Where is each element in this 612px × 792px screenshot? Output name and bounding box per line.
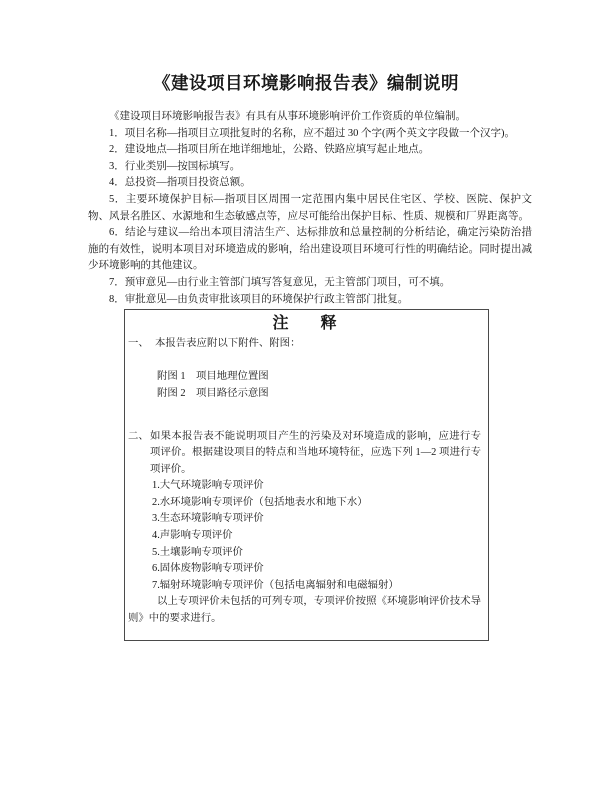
note-section-2: 二、 如果本报告表不能说明项目产生的污染及对环境造成的影响，应进行专项评价。根据… xyxy=(128,429,481,479)
numbered-item-6: 6．结论与建议—给出本项目清洁生产、达标排放和总量控制的分析结论，确定污染防治措… xyxy=(88,225,532,275)
numbered-item-3: 3．行业类别—按国标填写。 xyxy=(88,159,532,176)
section-2-label: 二、 xyxy=(128,429,150,446)
attachment-figure-1: 附图 1 项目地理位置图 xyxy=(157,369,481,386)
numbered-item-5: 5．主要环境保护目标—指项目区周围一定范围内集中居民住宅区、学校、医院、保护文物… xyxy=(88,192,532,225)
section-1-label: 一、 xyxy=(128,336,155,353)
attachment-figure-2: 附图 2 项目路径示意图 xyxy=(157,386,481,403)
numbered-item-4: 4．总投资—指项目投资总额。 xyxy=(88,175,532,192)
section-1-text: 本报告表应附以下附件、附图： xyxy=(155,336,481,353)
note-box: 注 释 一、 本报告表应附以下附件、附图： 附图 1 项目地理位置图 附图 2 … xyxy=(124,309,489,641)
spec-item-5: 5.土壤影响专项评价 xyxy=(152,545,481,562)
closing-paragraph: 以上专项评价未包括的可列专项，专项评价按照《环境影响评价技术导则》中的要求进行。 xyxy=(128,594,481,627)
spec-item-6: 6.固体废物影响专项评价 xyxy=(152,561,481,578)
page-title: 《建设项目环境影响报告表》编制说明 xyxy=(0,0,612,93)
numbered-item-2: 2．建设地点—指项目所在地详细地址，公路、铁路应填写起止地点。 xyxy=(88,142,532,159)
special-evaluation-list: 1.大气环境影响专项评价 2.水环境影响专项评价（包括地表水和地下水） 3.生态… xyxy=(152,478,481,594)
attachment-list: 附图 1 项目地理位置图 附图 2 项目路径示意图 xyxy=(157,369,481,402)
numbered-item-1: 1．项目名称—指项目立项批复时的名称，应不超过 30 个字(两个英文字段做一个汉… xyxy=(88,126,532,143)
numbered-item-8: 8．审批意见—由负责审批该项目的环境保护行政主管部门批复。 xyxy=(88,292,532,309)
body-text: 《建设项目环境影响报告表》有具有从事环境影响评价工作资质的单位编制。 1．项目名… xyxy=(88,109,532,308)
note-box-title: 注 释 xyxy=(128,312,481,336)
spec-item-7: 7.辐射环境影响专项评价（包括电离辐射和电磁辐射） xyxy=(152,578,481,595)
intro-paragraph: 《建设项目环境影响报告表》有具有从事环境影响评价工作资质的单位编制。 xyxy=(88,109,532,126)
document-page: 《建设项目环境影响报告表》编制说明 《建设项目环境影响报告表》有具有从事环境影响… xyxy=(0,0,612,792)
spec-item-4: 4.声影响专项评价 xyxy=(152,528,481,545)
section-2-text: 如果本报告表不能说明项目产生的污染及对环境造成的影响，应进行专项评价。根据建设项… xyxy=(150,429,481,479)
numbered-item-7: 7．预审意见—由行业主管部门填写答复意见，无主管部门项目，可不填。 xyxy=(88,275,532,292)
note-section-1: 一、 本报告表应附以下附件、附图： xyxy=(128,336,481,353)
spec-item-2: 2.水环境影响专项评价（包括地表水和地下水） xyxy=(152,495,481,512)
spec-item-1: 1.大气环境影响专项评价 xyxy=(152,478,481,495)
spec-item-3: 3.生态环境影响专项评价 xyxy=(152,511,481,528)
